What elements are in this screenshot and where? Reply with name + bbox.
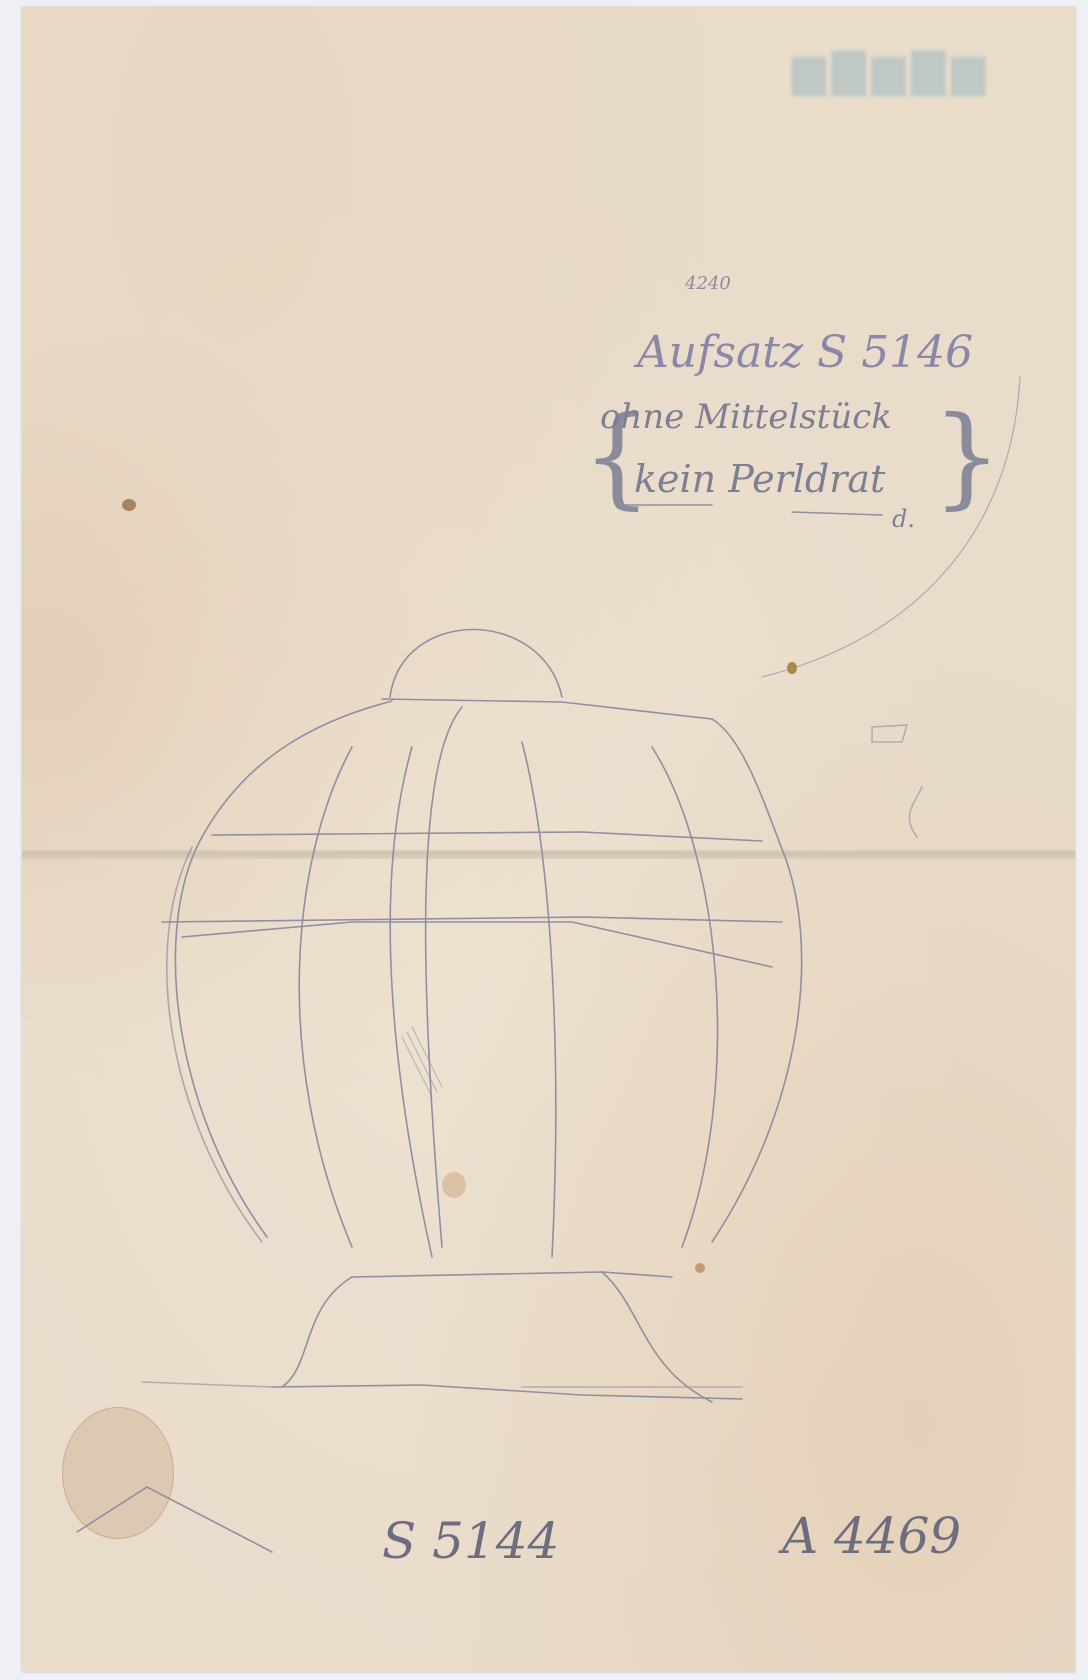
catalog-number-a: A 4469 xyxy=(782,1507,961,1565)
vessel-sketch xyxy=(22,7,1075,1672)
catalog-number-s: S 5144 xyxy=(382,1512,559,1570)
document-sheet: ▆▇▆▇▆ 4240 Aufsatz S 5146 { ohne Mittels… xyxy=(22,7,1075,1672)
